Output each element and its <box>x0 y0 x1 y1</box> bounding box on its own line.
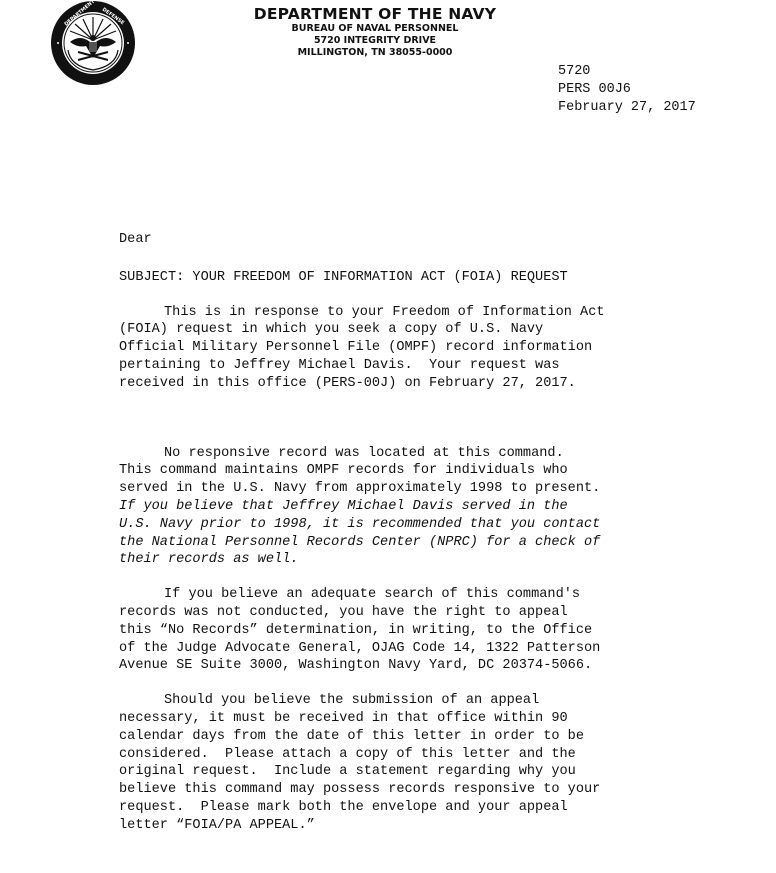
subject-line: SUBJECT: YOUR FREEDOM OF INFORMATION ACT… <box>119 269 679 287</box>
letterhead-street: 5720 INTEGRITY DRIVE <box>250 35 500 47</box>
letterhead-title: DEPARTMENT OF THE NAVY <box>250 6 500 23</box>
paragraph-no-record: No responsive record was located at this… <box>119 445 679 570</box>
letterhead-bureau: BUREAU OF NAVAL PERSONNEL <box>250 23 500 35</box>
salutation: Dear <box>119 231 679 249</box>
letter-body: Dear SUBJECT: YOUR FREEDOM OF INFORMATIO… <box>119 231 679 835</box>
paragraph-appeal-instructions: Should you believe the submission of an … <box>119 692 679 834</box>
reference-block: 5720 PERS 00J6 February 27, 2017 <box>558 63 696 117</box>
office-code: PERS 00J6 <box>558 81 696 99</box>
paragraph-response: This is in response to your Freedom of I… <box>119 304 679 393</box>
dod-seal-icon: DEPARTMENT DEFENSE <box>50 0 136 86</box>
paragraph-appeal-rights: If you believe an adequate search of thi… <box>119 586 679 675</box>
letterhead-city: MILLINGTON, TN 38055-0000 <box>250 47 500 59</box>
letter-date: February 27, 2017 <box>558 99 696 117</box>
letterhead: DEPARTMENT OF THE NAVY BUREAU OF NAVAL P… <box>250 6 500 59</box>
ssic-code: 5720 <box>558 63 696 81</box>
